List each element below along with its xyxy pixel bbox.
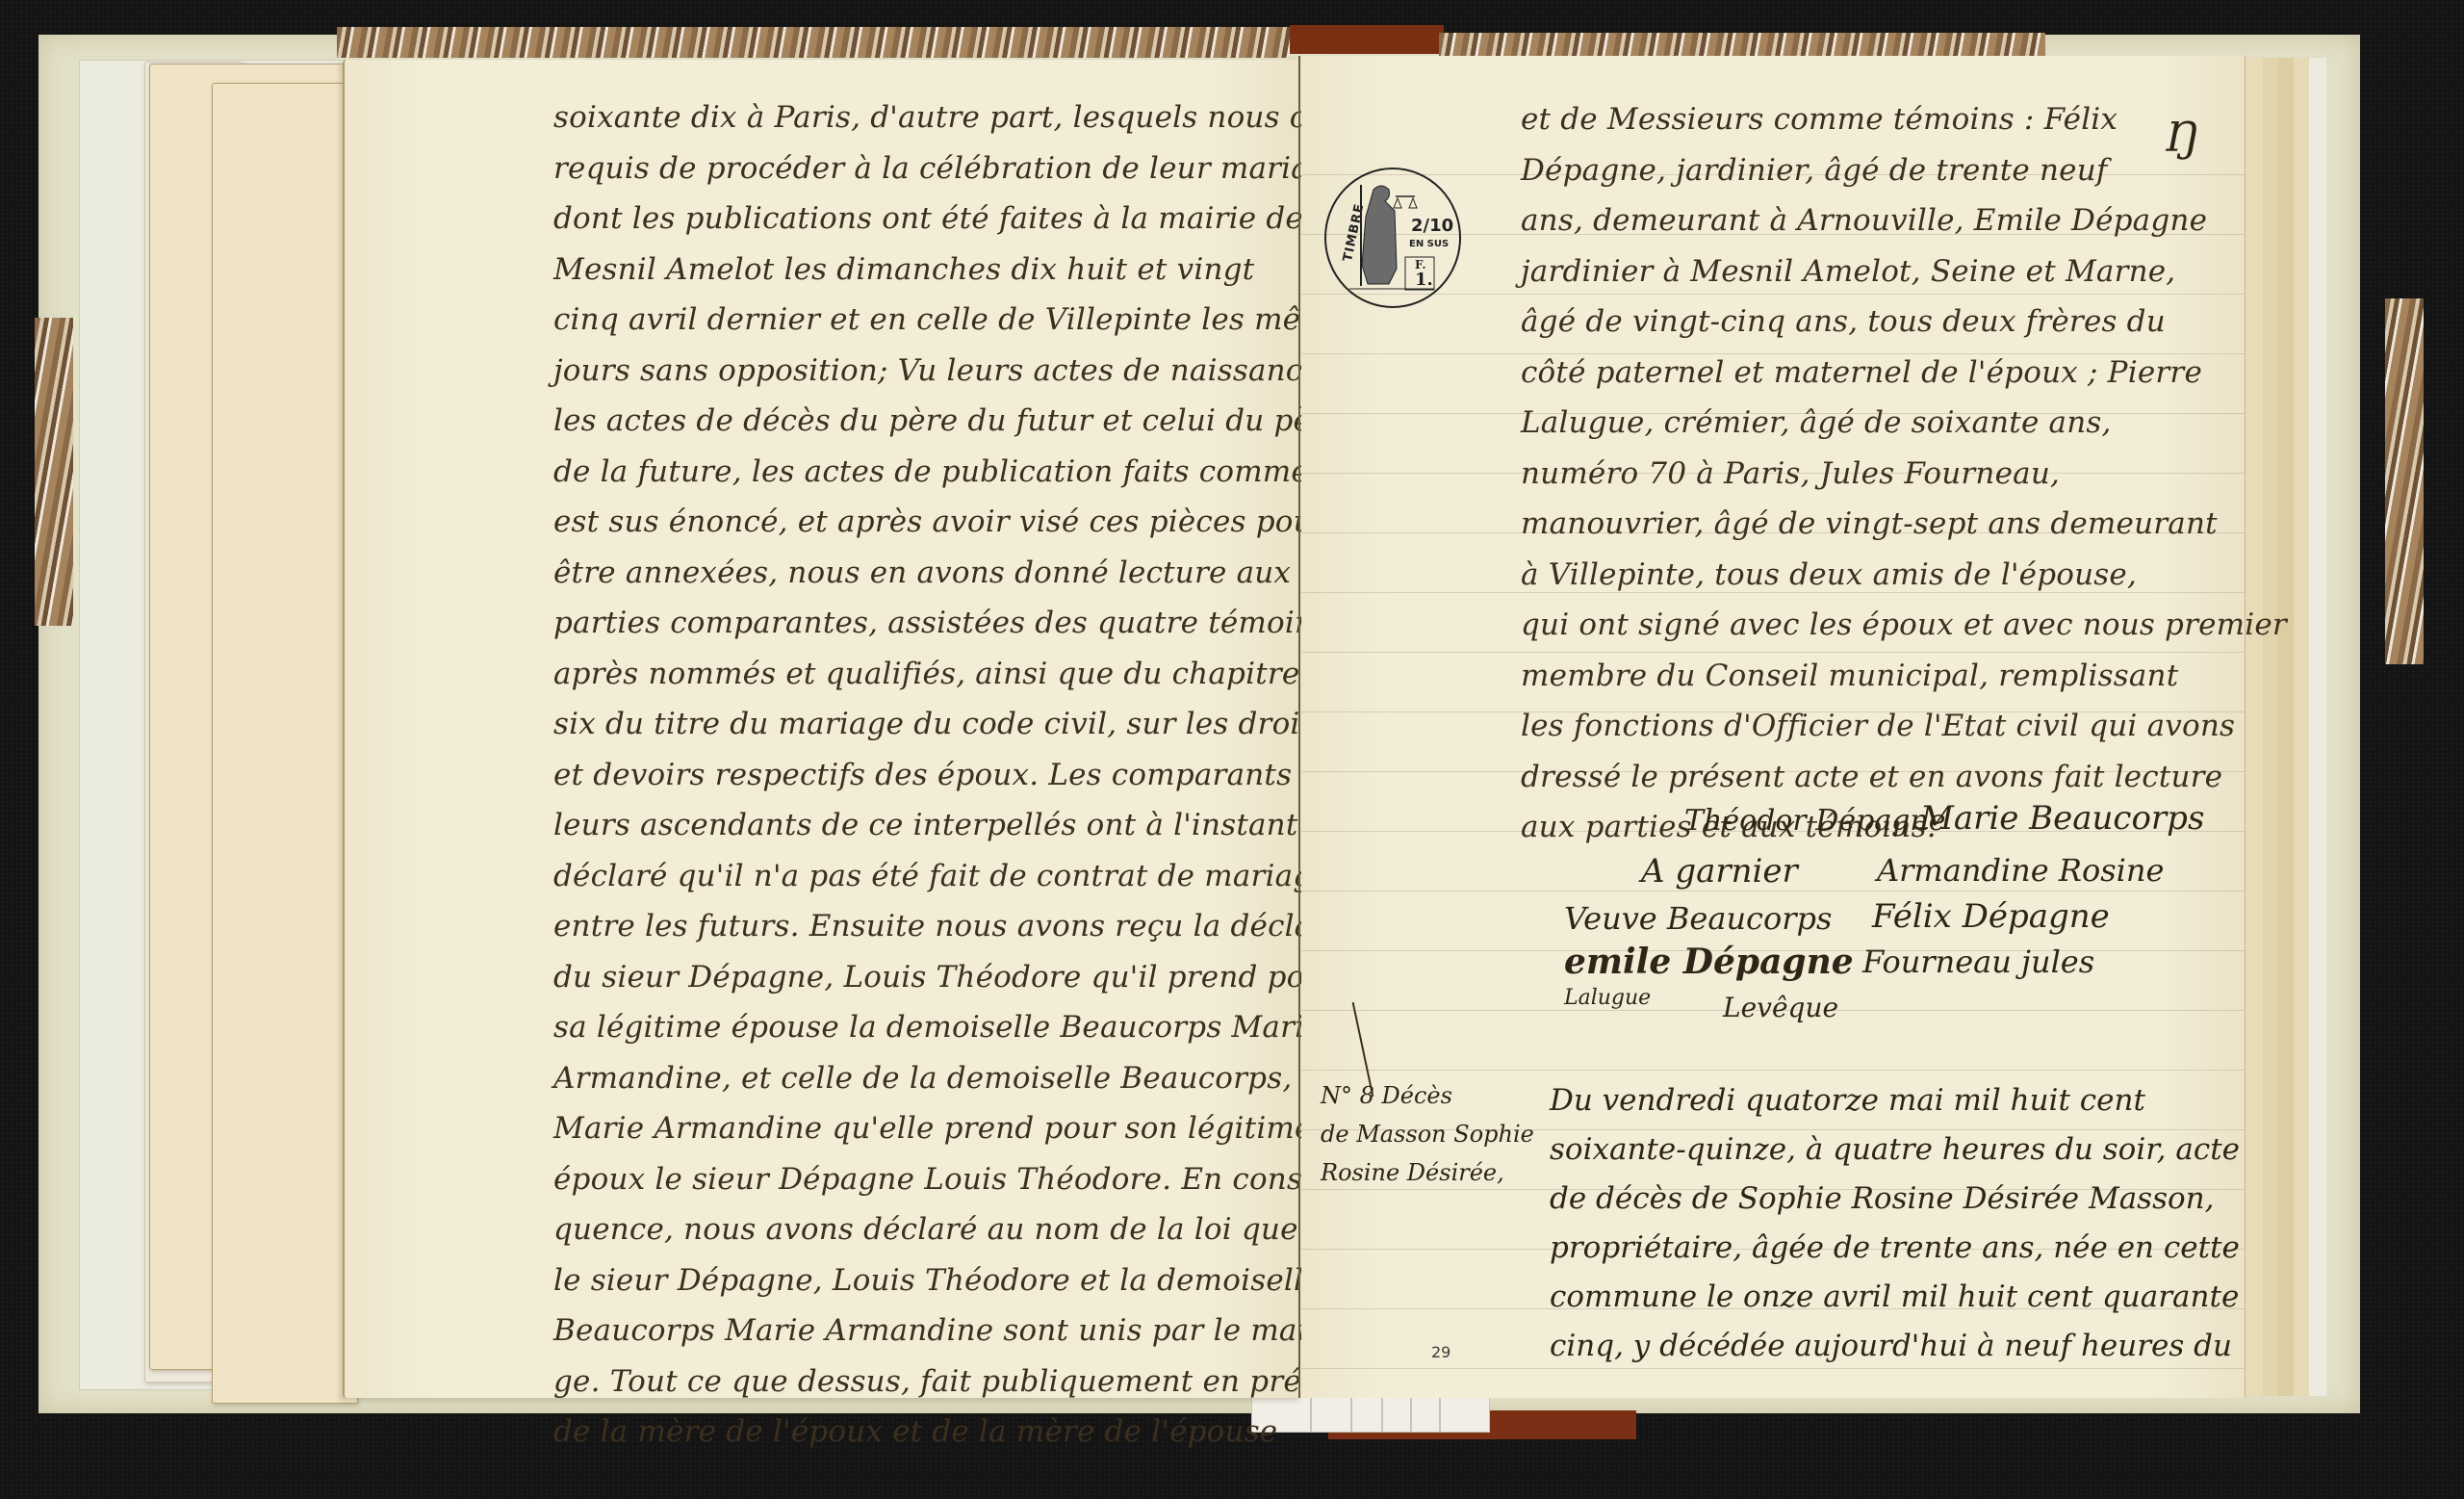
margin-note-line: de Masson Sophie bbox=[1321, 1115, 1534, 1153]
margin-note-line: N° 8 Décès bbox=[1321, 1076, 1534, 1115]
handwritten-line: à Villepinte, tous deux amis de l'épouse… bbox=[1521, 550, 2287, 601]
handwritten-line: déclaré qu'il n'a pas été fait de contra… bbox=[553, 851, 1404, 902]
signature: Fourneau jules bbox=[1862, 943, 2094, 980]
signature: Levêque bbox=[1723, 992, 1838, 1023]
signature: Marie Beaucorps bbox=[1920, 799, 2204, 838]
handwritten-line: requis de procéder à la célébration de l… bbox=[553, 143, 1404, 194]
handwritten-line: leurs ascendants de ce interpellés ont à… bbox=[553, 800, 1404, 851]
handwritten-line: Du vendredi quatorze mai mil huit cent bbox=[1550, 1076, 2240, 1125]
handwritten-line: cinq, y décédée aujourd'hui à neuf heure… bbox=[1550, 1322, 2240, 1371]
handwritten-line: commune le onze avril mil huit cent quar… bbox=[1550, 1273, 2240, 1322]
signature: Félix Dépagne bbox=[1872, 897, 2110, 936]
signature: Théodor Dépagne bbox=[1684, 804, 1945, 838]
handwritten-line: quence, nous avons déclaré au nom de la … bbox=[553, 1204, 1404, 1255]
handwritten-line: âgé de vingt-cinq ans, tous deux frères … bbox=[1521, 297, 2287, 348]
stamp-value: 2/10 bbox=[1411, 216, 1453, 236]
left-page-text: soixante dix à Paris, d'autre part, lesq… bbox=[553, 92, 1404, 1458]
marbled-endpaper-top-right bbox=[1439, 33, 2045, 58]
stamp-denomination: 1. bbox=[1415, 270, 1433, 290]
signature: A garnier bbox=[1641, 852, 1798, 891]
handwritten-line: Lalugue, crémier, âgé de soixante ans, bbox=[1521, 398, 2287, 449]
marbled-cover-edge-right bbox=[2385, 298, 2424, 664]
page-number: 29 bbox=[1431, 1343, 1450, 1361]
marbled-cover-edge-left bbox=[35, 318, 73, 626]
handwritten-line: et devoirs respectifs des époux. Les com… bbox=[553, 750, 1404, 801]
handwritten-line: jours sans opposition; Vu leurs actes de… bbox=[553, 346, 1404, 397]
handwritten-line: cinq avril dernier et en celle de Villep… bbox=[553, 295, 1404, 346]
inserted-leaf bbox=[212, 83, 358, 1404]
handwritten-line: parties comparantes, assistées des quatr… bbox=[553, 598, 1404, 649]
handwritten-line: de la future, les actes de publication f… bbox=[553, 447, 1404, 498]
fore-edge-leaf bbox=[2293, 58, 2309, 1396]
handwritten-line: dont les publications ont été faites à l… bbox=[553, 194, 1404, 245]
handwritten-line: soixante dix à Paris, d'autre part, lesq… bbox=[553, 92, 1404, 143]
stamp-ensus: EN SUS bbox=[1409, 239, 1449, 249]
leather-spine-top bbox=[1290, 25, 1444, 54]
right-page-text: et de Messieurs comme témoins : FélixDép… bbox=[1521, 94, 2287, 853]
handwritten-line: entre les futurs. Ensuite nous avons reç… bbox=[553, 901, 1404, 952]
signature: Veuve Beaucorps bbox=[1564, 900, 1832, 937]
marbled-endpaper-top-left bbox=[337, 27, 1290, 58]
book-gutter bbox=[1298, 56, 1300, 1398]
handwritten-line: du sieur Dépagne, Louis Théodore qu'il p… bbox=[553, 952, 1404, 1003]
handwritten-line: ge. Tout ce que dessus, fait publiquemen… bbox=[553, 1357, 1404, 1408]
handwritten-line: les fonctions d'Officier de l'Etat civil… bbox=[1521, 701, 2287, 752]
handwritten-line: dressé le présent acte et en avons fait … bbox=[1521, 752, 2287, 803]
handwritten-line: Beaucorps Marie Armandine sont unis par … bbox=[553, 1305, 1404, 1357]
corner-paraph-mark: Ŋ bbox=[2164, 114, 2197, 161]
handwritten-line: le sieur Dépagne, Louis Théodore et la d… bbox=[553, 1255, 1404, 1306]
handwritten-line: jardinier à Mesnil Amelot, Seine et Marn… bbox=[1521, 246, 2287, 297]
handwritten-line: les actes de décès du père du futur et c… bbox=[553, 396, 1404, 447]
handwritten-line: côté paternel et maternel de l'époux ; P… bbox=[1521, 348, 2287, 399]
handwritten-line: Armandine, et celle de la demoiselle Bea… bbox=[553, 1053, 1404, 1104]
handwritten-line: époux le sieur Dépagne Louis Théodore. E… bbox=[553, 1154, 1404, 1205]
handwritten-line: ans, demeurant à Arnouville, Emile Dépag… bbox=[1521, 195, 2287, 246]
handwritten-line: de décès de Sophie Rosine Désirée Masson… bbox=[1550, 1175, 2240, 1224]
margin-note-line: Rosine Désirée, bbox=[1321, 1153, 1534, 1192]
handwritten-line: numéro 70 à Paris, Jules Fourneau, bbox=[1521, 449, 2287, 500]
margin-note: N° 8 Décès de Masson Sophie Rosine Désir… bbox=[1321, 1076, 1534, 1192]
handwritten-line: manouvrier, âgé de vingt-sept ans demeur… bbox=[1521, 499, 2287, 550]
signature: Armandine Rosine bbox=[1877, 852, 2164, 889]
tax-stamp: TIMBRE 2/10 EN SUS F. 1. bbox=[1321, 166, 1465, 310]
handwritten-line: soixante-quinze, à quatre heures du soir… bbox=[1550, 1125, 2240, 1175]
handwritten-line: six du titre du mariage du code civil, s… bbox=[553, 699, 1404, 750]
handwritten-line: après nommés et qualifiés, ainsi que du … bbox=[553, 649, 1404, 700]
handwritten-line: de la mère de l'époux et de la mère de l… bbox=[553, 1407, 1404, 1458]
signature: Lalugue bbox=[1564, 986, 1651, 1010]
handwritten-line: est sus énoncé, et après avoir visé ces … bbox=[553, 497, 1404, 548]
handwritten-line: qui ont signé avec les époux et avec nou… bbox=[1521, 600, 2287, 651]
fore-edge-leaf bbox=[2308, 58, 2326, 1396]
handwritten-line: Mesnil Amelot les dimanches dix huit et … bbox=[553, 245, 1404, 296]
death-record-text: Du vendredi quatorze mai mil huit centso… bbox=[1550, 1076, 2240, 1371]
handwritten-line: membre du Conseil municipal, remplissant bbox=[1521, 651, 2287, 702]
handwritten-line: Marie Armandine qu'elle prend pour son l… bbox=[553, 1103, 1404, 1154]
handwritten-line: propriétaire, âgée de trente ans, née en… bbox=[1550, 1224, 2240, 1273]
justice-figure-icon bbox=[1321, 166, 1465, 310]
handwritten-line: sa légitime épouse la demoiselle Beaucor… bbox=[553, 1002, 1404, 1053]
handwritten-line: être annexées, nous en avons donné lectu… bbox=[553, 548, 1404, 599]
signature: emile Dépagne bbox=[1564, 942, 1854, 982]
